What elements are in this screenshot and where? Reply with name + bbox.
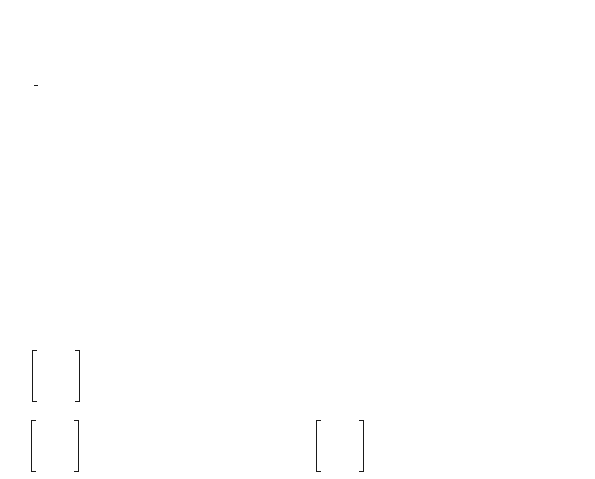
question-4-stem: [6, 272, 30, 292]
question-1-option-b[interactable]: [167, 39, 170, 57]
question-2-option-a[interactable]: [26, 132, 29, 150]
question-2-option-d[interactable]: [461, 132, 464, 150]
question-4-option-a[interactable]: [26, 315, 29, 333]
question-1-option-a[interactable]: [26, 39, 29, 57]
question-3-option-d[interactable]: [461, 226, 464, 244]
question-4-option-c[interactable]: [309, 315, 312, 333]
question-2-option-c[interactable]: [309, 132, 312, 150]
question-3-stem: [6, 172, 34, 195]
question-5-option-b[interactable]: [313, 420, 364, 472]
question-3-option-c[interactable]: [309, 226, 312, 244]
matrix-a: [32, 350, 80, 402]
question-3-option-b[interactable]: [167, 226, 170, 244]
question-1-option-d[interactable]: [461, 39, 464, 57]
question-2-option-b[interactable]: [167, 132, 170, 150]
option-matrix: [31, 420, 79, 472]
question-5-option-a[interactable]: [28, 420, 79, 472]
question-5-stem: [6, 350, 80, 402]
question-1-option-c[interactable]: [309, 39, 312, 57]
question-4-option-b[interactable]: [167, 315, 170, 333]
question-3-option-a[interactable]: [26, 226, 29, 244]
question-2-stem: [6, 76, 40, 94]
question-1-stem: [6, 6, 28, 24]
question-4-option-d[interactable]: [461, 315, 464, 333]
fraction-denominator: [34, 85, 38, 86]
fraction: [34, 85, 38, 86]
option-matrix: [316, 420, 364, 472]
